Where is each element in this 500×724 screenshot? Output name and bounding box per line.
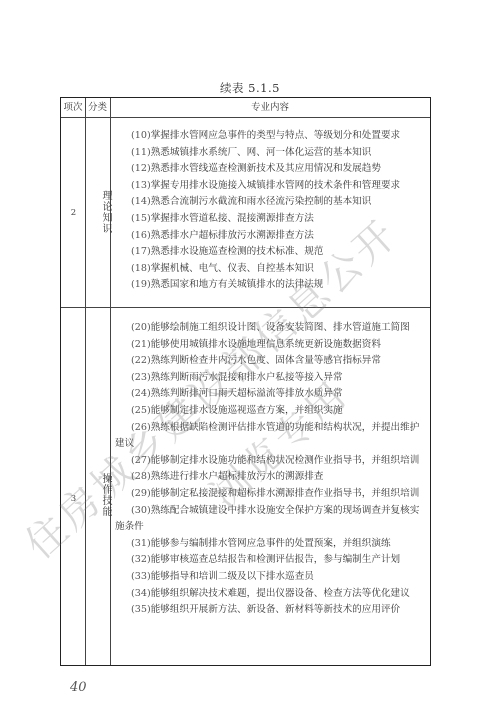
list-item: (32)能够审核巡查总结报告和检测评估报告，参与编制生产计划 [111,552,430,569]
page-number: 40 [70,680,87,695]
list-item: (16)熟悉排水户超标排放污水溯源排查方法 [111,228,430,245]
section-category: 操作技能 [86,466,111,524]
list-item: (10)掌握排水管网应急事件的类型与特点、等级划分和处置要求 [111,128,430,145]
list-item: (35)能够组织开展新方法、新设备、新材料等新技术的应用评价 [111,602,430,619]
list-item: (28)熟练进行排水户超标排放污水的溯源排查 [111,469,430,486]
header-index: 项次 [61,98,85,118]
list-item: (23)熟练判断雨污水混接和排水户私接等接入异常 [111,370,430,387]
list-item: (14)熟悉合流制污水截流和雨水径流污染控制的基本知识 [111,194,430,211]
list-item: (34)能够组织解决技术难题，提出仪器设备、检查方法等优化建议 [111,586,430,603]
section-items: (20)能够绘制施工组织设计图、设备安装简图、排水管道施工简图 (21)能够使用… [111,320,430,619]
list-item: (11)熟悉城镇排水系统厂、网、河一体化运营的基本知识 [111,145,430,162]
list-item: (19)熟悉国家和地方有关城镇排水的法律法规 [111,277,430,294]
list-item: (12)熟悉排水管线巡查检测新技术及其应用情况和发展趋势 [111,161,430,178]
section-index: 3 [61,494,86,504]
list-item: (29)能够制定私接混接和超标排水溯源排查作业指导书，并组织培训 [111,486,430,503]
list-item: (21)能够使用城镇排水设施地理信息系统更新设施数据资料 [111,337,430,354]
list-item: (20)能够绘制施工组织设计图、设备安装简图、排水管道施工简图 [111,320,430,337]
list-item: (33)能够指导和培训二级及以下排水巡查员 [111,569,430,586]
list-item: (25)能够制定排水设施巡视巡查方案，并组织实施 [111,403,430,420]
list-item: (31)能够参与编制排水管网应急事件的处置预案，并组织演练 [111,536,430,553]
list-item: (24)熟练判断排河口雨天超标溢流等排放水质异常 [111,386,430,403]
section-index: 2 [61,208,86,218]
header-category: 分类 [85,98,110,118]
section-divider [61,307,430,308]
content-table: 项次 分类 专业内容 2 理论知识 (10)掌握排水管网应急事件的类型与特点、等… [60,97,431,666]
list-item: (22)熟练判断检查井内污水色度、固体含量等感官指标异常 [111,353,430,370]
section-category: 理论知识 [86,184,111,240]
list-item: (30)熟练配合城镇建设中排水设施安全保护方案的现场调查并复核实施条件 [111,503,430,536]
list-item: (17)熟悉排水设施巡查检测的技术标准、规范 [111,244,430,261]
list-item: (18)掌握机械、电气、仪表、自控基本知识 [111,261,430,278]
list-item: (13)掌握专用排水设施接入城镇排水管网的技术条件和管理要求 [111,178,430,195]
list-item: (26)熟练根据缺陷检测评估排水管道的功能和结构状况，并提出维护建议 [111,420,430,453]
list-item: (27)能够制定排水设施功能和结构状况检测作业指导书，并组织培训 [111,453,430,470]
section-items: (10)掌握排水管网应急事件的类型与特点、等级划分和处置要求 (11)熟悉城镇排… [111,128,430,294]
table-caption: 续表 5.1.5 [0,80,500,96]
list-item: (15)掌握排水管道私接、混接溯源排查方法 [111,211,430,228]
header-content: 专业内容 [110,98,430,118]
